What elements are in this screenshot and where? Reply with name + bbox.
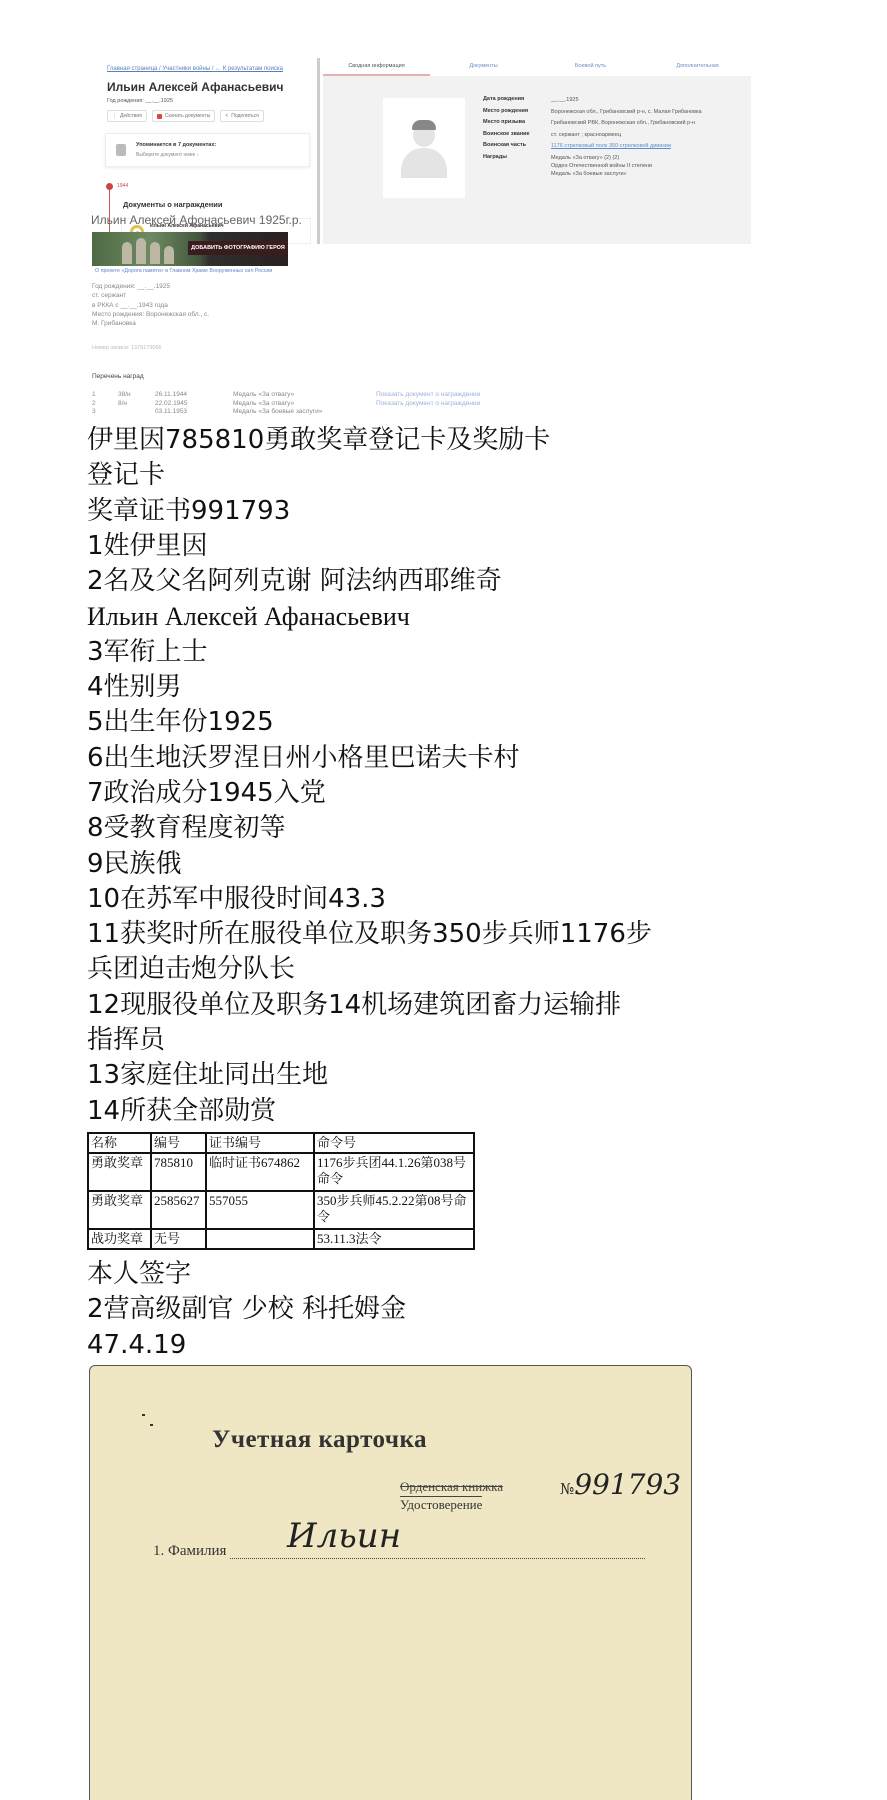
church-dome-icon <box>150 242 160 264</box>
doc-line: 4性别男 <box>87 670 707 705</box>
timeline-dot-icon <box>106 183 113 190</box>
award-order: 8/н <box>118 400 155 409</box>
table-cell <box>206 1229 314 1249</box>
scan-certificate-label: Удостоверение <box>400 1496 482 1513</box>
info-label: Дата рождения <box>483 96 551 104</box>
doc-line: 2名及父名阿列克谢 阿法纳西耶维奇 <box>87 564 707 599</box>
doc-line: 9民族俄 <box>87 847 707 882</box>
table-row: 勇敢奖章 785810 临时证书674862 1176步兵团44.1.26第03… <box>88 1153 474 1191</box>
table-header-row: 名称 编号 证书编号 命令号 <box>88 1133 474 1153</box>
project-link[interactable]: О проекте «Дорога памяти» в Главном Храм… <box>95 268 272 274</box>
bio-line: Год рождения: __.__.1925 <box>92 282 209 291</box>
signatory: 2营高级副官 少校 科托姆金 <box>87 1292 406 1327</box>
info-row: НаградыМедаль «За отвагу» (2) (2) Орден … <box>483 154 748 178</box>
info-label: Место призыва <box>483 119 551 127</box>
more-icon: ⋮ <box>112 113 117 119</box>
awards-table: 名称 编号 证书编号 命令号 勇敢奖章 785810 临时证书674862 11… <box>87 1132 475 1250</box>
scan-surname-label: 1. Фамилия <box>153 1543 226 1560</box>
summary-panel: Сводная информация Документы Боевой путь… <box>323 58 751 244</box>
info-label: Воинское звание <box>483 131 551 139</box>
certificate-number: 991793 <box>574 1468 681 1501</box>
bio-line: в РККА с __.__.1943 года <box>92 301 209 310</box>
mentions-box[interactable]: Упоминается в 7 документах: Выберите док… <box>105 133 310 167</box>
award-date: 26.11.1944 <box>155 391 233 400</box>
table-cell: 勇敢奖章 <box>88 1153 151 1191</box>
mentions-subtitle: Выберите документ ниже ↓ <box>136 152 199 158</box>
mentions-title: Упоминается в 7 документах: <box>136 142 216 148</box>
award-number: 3 <box>92 408 118 417</box>
award-name: Медаль «За отвагу» <box>233 391 376 400</box>
show-award-document-link[interactable]: Показать документ о награждении <box>376 400 480 409</box>
scan-speck <box>142 1414 145 1416</box>
church-dome-icon <box>136 238 146 264</box>
award-name: Медаль «За отвагу» <box>233 400 376 409</box>
award-date: 03.11.1953 <box>155 408 233 417</box>
bio-block: Год рождения: __.__.1925 ст. сержант в Р… <box>92 282 209 328</box>
award-row: 3 03.11.1953 Медаль «За боевые заслуги» <box>92 408 480 417</box>
doc-line: 11获奖时所在服役单位及职务350步兵师1176步 <box>87 917 707 952</box>
signature-date: 47.4.19 <box>87 1328 406 1363</box>
doc-line: 14所获全部勋赏 <box>87 1094 707 1129</box>
share-icon: < <box>225 113 228 119</box>
table-cell: 战功奖章 <box>88 1229 151 1249</box>
doc-line: 6出生地沃罗涅日州小格里巴诺夫卡村 <box>87 741 707 776</box>
award-row: 2 8/н 22.02.1945 Медаль «За отвагу» Пока… <box>92 400 480 409</box>
award-order <box>118 408 155 417</box>
doc-line: 12现服役单位及职务14机场建筑团畜力运输排 <box>87 988 707 1023</box>
info-row: Место рожденияВоронежская обл., Грибанов… <box>483 108 748 116</box>
doc-line: 1姓伊里因 <box>87 529 707 564</box>
bio-line: М. Грибановка <box>92 319 209 328</box>
award-number: 1 <box>92 391 118 400</box>
table-cell: 350步兵师45.2.22第08号命令 <box>314 1191 474 1229</box>
info-row: Воинская часть1176 стрелковый полк 350 с… <box>483 142 748 150</box>
church-dome-icon <box>122 242 132 264</box>
doc-line: 5出生年份1925 <box>87 705 707 740</box>
add-hero-photo-button[interactable]: ДОБАВИТЬ ФОТОГРАФИЮ ГЕРОЯ <box>188 241 288 255</box>
scan-handwritten-surname: Ильин <box>287 1516 401 1556</box>
info-label: Воинская часть <box>483 142 551 150</box>
church-dome-icon <box>164 246 174 264</box>
number-sign: № <box>560 1480 574 1498</box>
breadcrumb[interactable]: Главная страница / Участники войны / ← К… <box>107 66 283 72</box>
table-cell: 785810 <box>151 1153 206 1191</box>
doc-line: 指挥员 <box>87 1023 707 1058</box>
table-header: 名称 <box>88 1133 151 1153</box>
info-label: Место рождения <box>483 108 551 116</box>
tab-summary[interactable]: Сводная информация <box>323 58 430 76</box>
info-value: Грибановский РВК, Воронежская обл., Гриб… <box>551 119 695 127</box>
military-unit-link[interactable]: 1176 стрелковый полк 350 стрелковой диви… <box>551 142 671 150</box>
person-name: Ильин Алексей Афанасьевич <box>107 80 284 94</box>
download-icon <box>157 114 162 119</box>
doc-line: 10在苏军中服役时间43.3 <box>87 882 707 917</box>
doc-line: 兵团迫击炮分队长 <box>87 952 707 987</box>
download-documents-button[interactable]: Скачать документы <box>152 110 215 122</box>
bio-line: Место рождения: Воронежская обл., с. <box>92 310 209 319</box>
documents-icon <box>116 144 126 156</box>
award-number: 2 <box>92 400 118 409</box>
scan-title: Учетная карточка <box>212 1426 427 1454</box>
silhouette-cap <box>412 120 436 130</box>
scan-orden-struck: Орденская книжка <box>400 1479 503 1495</box>
info-row: Дата рождения__.__.1925 <box>483 96 748 104</box>
info-value: __.__.1925 <box>551 96 579 104</box>
translation-text: 伊里因785810勇敢奖章登记卡及奖励卡 登记卡 奖章证书991793 1姓伊里… <box>87 423 707 1129</box>
info-row: Место призываГрибановский РВК, Воронежск… <box>483 119 748 127</box>
scanned-record-card: Учетная карточка Орденская книжка Удосто… <box>89 1365 692 1800</box>
info-table: Дата рождения__.__.1925 Место рожденияВо… <box>483 96 748 181</box>
tab-combat-path[interactable]: Боевой путь <box>537 58 644 76</box>
table-row: 战功奖章 无号 53.11.3法令 <box>88 1229 474 1249</box>
doc-line: 奖章证书991793 <box>87 494 707 529</box>
show-award-document-link[interactable]: Показать документ о награждении <box>376 391 480 400</box>
share-button[interactable]: <Поделиться <box>220 110 264 122</box>
person-silhouette-icon <box>401 148 447 178</box>
action-row: ⋮Действия Скачать документы <Поделиться <box>107 110 264 122</box>
scan-number: №991793 <box>560 1468 681 1501</box>
info-row: Воинское званиест. сержант ; красноармее… <box>483 131 748 139</box>
doc-line-russian-name: Ильин Алексей Афанасьевич <box>87 599 707 634</box>
table-header: 命令号 <box>314 1133 474 1153</box>
doc-line: 登记卡 <box>87 458 707 493</box>
doc-line: 3军衔上士 <box>87 635 707 670</box>
table-cell: 2585627 <box>151 1191 206 1229</box>
awards-list: 1 38/н 26.11.1944 Медаль «За отвагу» Пок… <box>92 391 480 417</box>
award-date: 22.02.1945 <box>155 400 233 409</box>
actions-button[interactable]: ⋮Действия <box>107 110 147 122</box>
info-value: Воронежская обл., Грибановский р-н, с. М… <box>551 108 702 116</box>
table-header: 编号 <box>151 1133 206 1153</box>
birth-year: Год рождения: __.__.1925 <box>107 98 173 104</box>
award-row: 1 38/н 26.11.1944 Медаль «За отвагу» Пок… <box>92 391 480 400</box>
table-cell: 557055 <box>206 1191 314 1229</box>
memorial-banner: ДОБАВИТЬ ФОТОГРАФИЮ ГЕРОЯ <box>92 232 288 266</box>
award-order: 38/н <box>118 391 155 400</box>
table-cell: 勇敢奖章 <box>88 1191 151 1229</box>
doc-line: 13家庭住址同出生地 <box>87 1058 707 1093</box>
awards-list-title: Перечень наград <box>92 373 144 380</box>
doc-line: 8受教育程度初等 <box>87 811 707 846</box>
table-row: 勇敢奖章 2585627 557055 350步兵师45.2.22第08号命令 <box>88 1191 474 1229</box>
record-number: Номер записи: 1379179066 <box>92 345 162 351</box>
award-name: Медаль «За боевые заслуги» <box>233 408 376 417</box>
table-cell: 53.11.3法令 <box>314 1229 474 1249</box>
table-header: 证书编号 <box>206 1133 314 1153</box>
table-cell: 无号 <box>151 1229 206 1249</box>
table-cell: 1176步兵团44.1.26第038号命令 <box>314 1153 474 1191</box>
scan-speck <box>150 1424 153 1426</box>
signature-block: 本人签字 2营高级副官 少校 科托姆金 47.4.19 <box>87 1257 406 1363</box>
award-documents-title: Документы о награждении <box>123 200 223 209</box>
timeline-year: 1944 <box>117 183 128 189</box>
info-label: Награды <box>483 154 551 178</box>
info-value: ст. сержант ; красноармеец <box>551 131 621 139</box>
info-value: Медаль «За отвагу» (2) (2) Орден Отечест… <box>551 154 652 178</box>
tab-additional[interactable]: Дополнительная <box>644 58 751 76</box>
doc-line: 7政治成分1945入党 <box>87 776 707 811</box>
bio-line: ст. сержант <box>92 291 209 300</box>
memory-site-title: Ильин Алексей Афонасьевич 1925г.р. <box>91 213 302 227</box>
doc-heading: 伊里因785810勇敢奖章登记卡及奖励卡 <box>87 423 707 458</box>
signature-label: 本人签字 <box>87 1257 406 1292</box>
avatar-placeholder <box>383 98 465 198</box>
tab-bar: Сводная информация Документы Боевой путь… <box>323 58 751 76</box>
tab-documents[interactable]: Документы <box>430 58 537 76</box>
scan-dotted-line <box>230 1558 645 1559</box>
panel-divider <box>317 58 320 244</box>
table-cell: 临时证书674862 <box>206 1153 314 1191</box>
